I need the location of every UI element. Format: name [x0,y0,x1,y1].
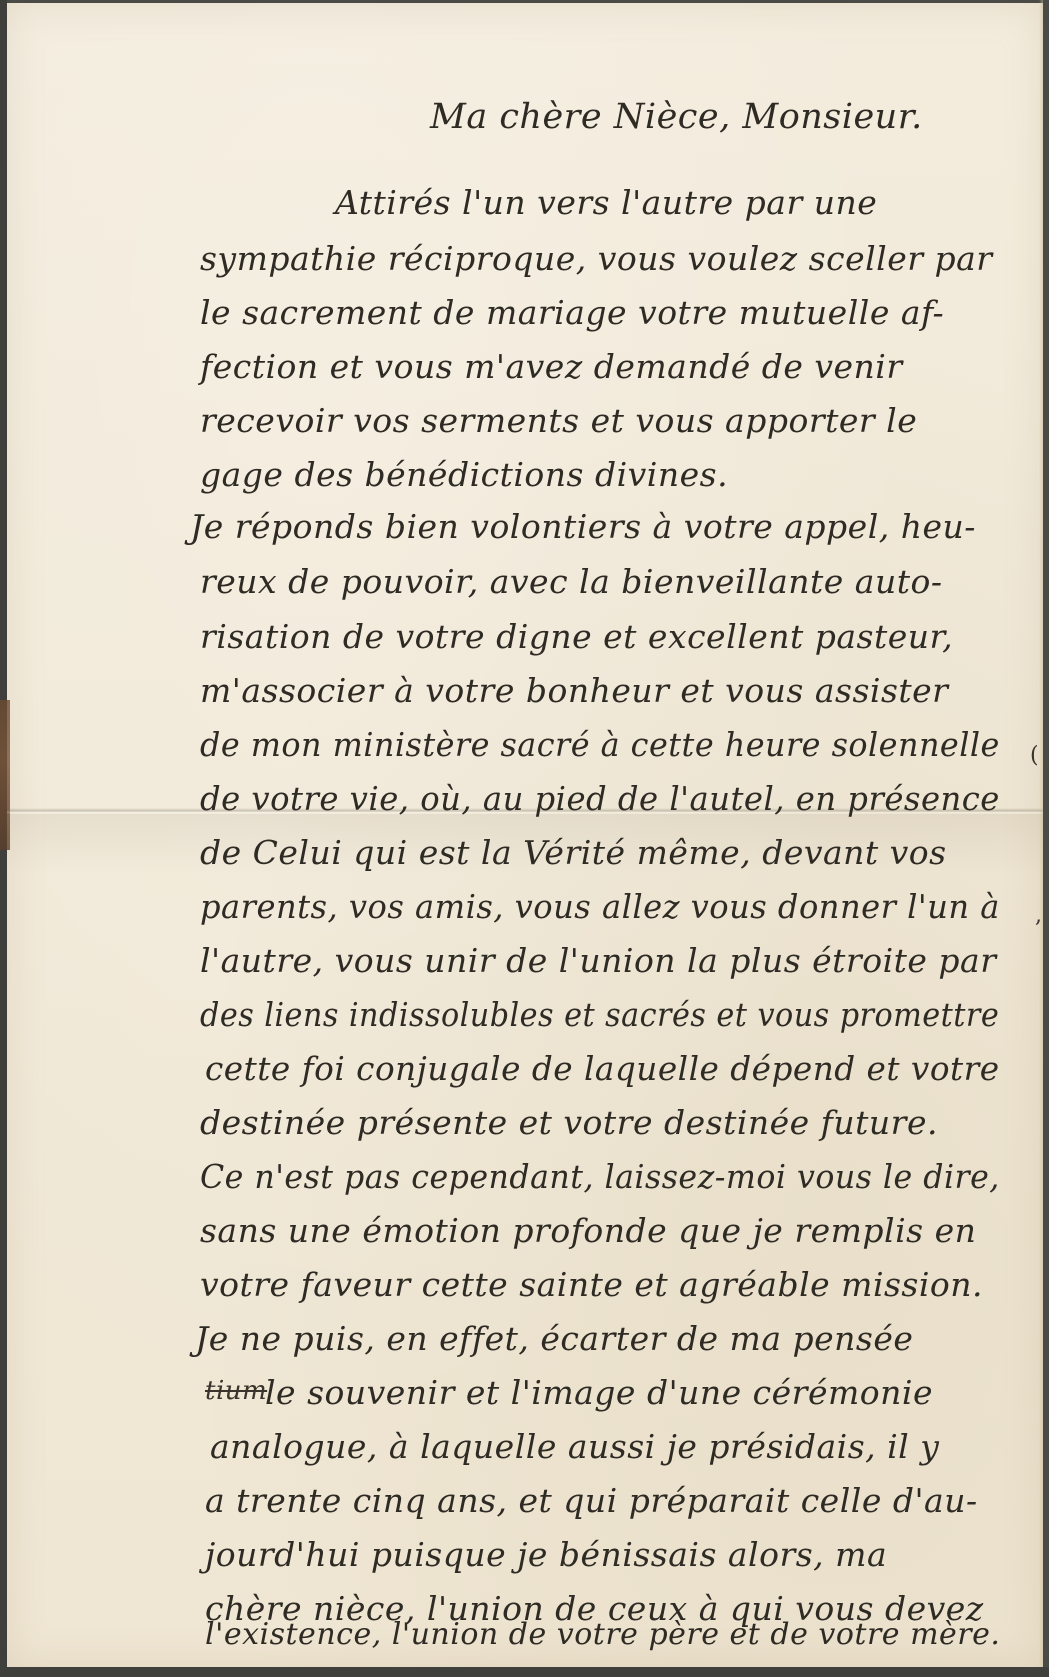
letter-line-17: cette foi conjugale de laquelle dépend e… [205,1052,1000,1085]
letter-line-23: le souvenir et l'image d'une cérémonie [265,1376,933,1409]
margin-mark-comma: , [1035,905,1042,927]
scan-bottom-edge [0,1667,1049,1677]
letter-line-4: fection et vous m'avez demandé de venir [200,350,903,383]
paper-right-edge [1039,0,1043,1677]
scanned-letter-page: Ma chère Nièce, Monsieur. Attirés l'un v… [0,0,1049,1677]
letter-line-8: reux de pouvoir, avec la bienveillante a… [200,565,943,598]
struck-out-word: tium [205,1378,267,1404]
letter-line-11: de mon ministère sacré à cette heure sol… [200,728,1000,761]
letter-line-12: de votre vie, où, au pied de l'autel, en… [200,782,1000,815]
letter-line-6: gage des bénédictions divines. [200,458,728,491]
letter-line-1: Attirés l'un vers l'autre par une [335,186,877,219]
letter-line-5: recevoir vos serments et vous apporter l… [200,404,917,437]
letter-line-10: m'associer à votre bonheur et vous assis… [200,674,948,707]
letter-salutation: Ma chère Nièce, Monsieur. [430,100,923,135]
letter-line-9: risation de votre digne et excellent pas… [200,620,953,653]
letter-line-14: parents, vos amis, vous allez vous donne… [200,890,1000,923]
letter-line-3: le sacrement de mariage votre mutuelle a… [200,296,944,329]
letter-line-19: Ce n'est pas cependant, laissez-moi vous… [200,1160,1000,1193]
margin-mark-paren: ( [1030,745,1039,767]
letter-line-18: destinée présente et votre destinée futu… [200,1106,938,1139]
letter-line-21: votre faveur cette sainte et agréable mi… [200,1268,983,1301]
letter-line-13: de Celui qui est la Vérité même, devant … [200,836,947,869]
letter-line-26: jourd'hui puisque je bénissais alors, ma [205,1538,887,1571]
letter-line-2: sympathie réciproque, vous voulez scelle… [200,242,993,275]
letter-line-16: des liens indissolubles et sacrés et vou… [200,998,999,1031]
letter-line-22: Je ne puis, en effet, écarter de ma pens… [195,1322,913,1355]
letter-line-28: l'existence, l'union de votre père et de… [205,1620,1000,1650]
letter-line-15: l'autre, vous unir de l'union la plus ét… [200,944,996,977]
letter-line-20: sans une émotion profonde que je remplis… [200,1214,976,1247]
letter-line-7: Je réponds bien volontiers à votre appel… [190,510,976,543]
letter-line-25: a trente cinq ans, et qui préparait cell… [205,1484,978,1517]
letter-line-24: analogue, à laquelle aussi je présidais,… [210,1430,939,1463]
